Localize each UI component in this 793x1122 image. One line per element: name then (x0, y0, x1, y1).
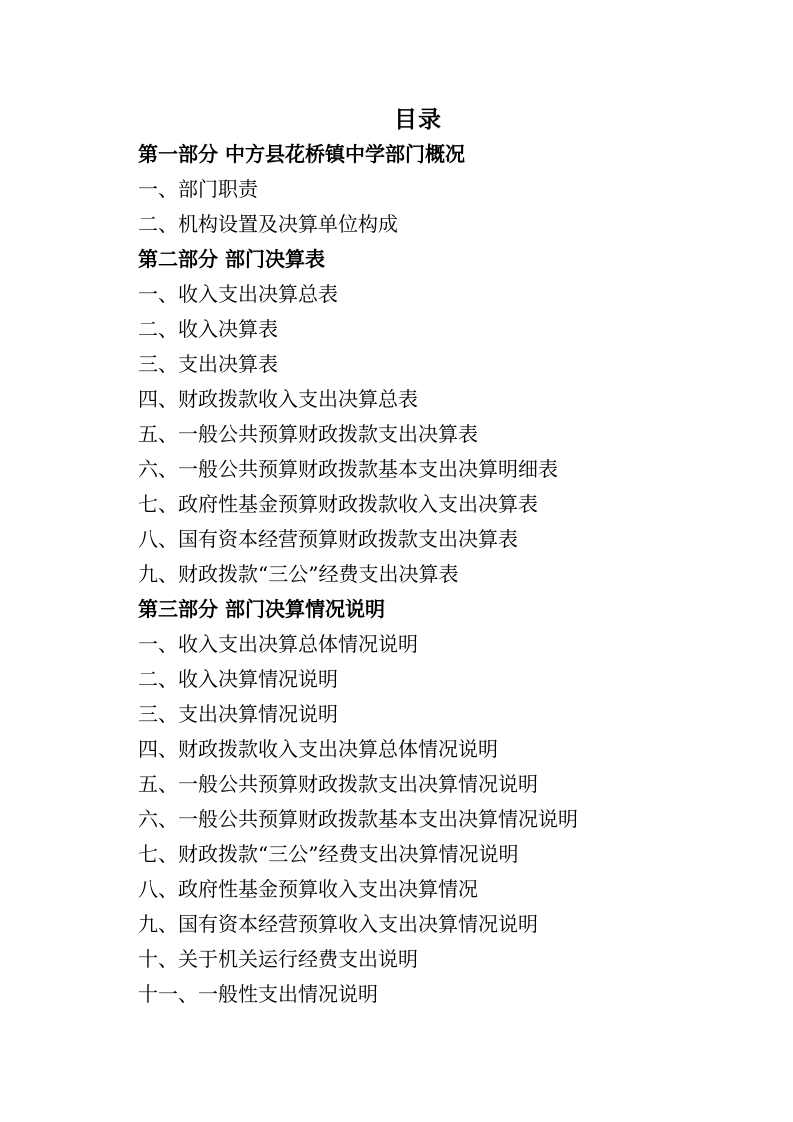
toc-item: 六、一般公共预算财政拨款基本支出决算情况说明 (138, 800, 698, 835)
toc-section-heading: 第一部分 中方县花桥镇中学部门概况 (138, 135, 698, 170)
toc-item: 二、收入决算情况说明 (138, 660, 698, 695)
toc-content: 目录 第一部分 中方县花桥镇中学部门概况 一、部门职责 二、机构设置及决算单位构… (138, 100, 698, 1010)
toc-section-1: 第一部分 中方县花桥镇中学部门概况 一、部门职责 二、机构设置及决算单位构成 (138, 135, 698, 240)
toc-item: 二、机构设置及决算单位构成 (138, 205, 698, 240)
toc-item: 八、政府性基金预算收入支出决算情况 (138, 870, 698, 905)
toc-item: 五、一般公共预算财政拨款支出决算情况说明 (138, 765, 698, 800)
toc-section-3: 第三部分 部门决算情况说明 一、收入支出决算总体情况说明 二、收入决算情况说明 … (138, 590, 698, 1010)
toc-section-2: 第二部分 部门决算表 一、收入支出决算总表 二、收入决算表 三、支出决算表 四、… (138, 240, 698, 590)
toc-item: 三、支出决算表 (138, 345, 698, 380)
toc-item: 二、收入决算表 (138, 310, 698, 345)
toc-item: 六、一般公共预算财政拨款基本支出决算明细表 (138, 450, 698, 485)
toc-section-heading: 第三部分 部门决算情况说明 (138, 590, 698, 625)
toc-item: 一、收入支出决算总表 (138, 275, 698, 310)
page-title: 目录 (138, 100, 698, 135)
toc-item: 九、财政拨款“三公”经费支出决算表 (138, 555, 698, 590)
toc-section-heading: 第二部分 部门决算表 (138, 240, 698, 275)
document-page: 目录 第一部分 中方县花桥镇中学部门概况 一、部门职责 二、机构设置及决算单位构… (0, 0, 793, 1122)
toc-item: 十一、一般性支出情况说明 (138, 975, 698, 1010)
toc-item: 四、财政拨款收入支出决算总表 (138, 380, 698, 415)
toc-item: 一、部门职责 (138, 170, 698, 205)
toc-item: 九、国有资本经营预算收入支出决算情况说明 (138, 905, 698, 940)
toc-item: 七、财政拨款“三公”经费支出决算情况说明 (138, 835, 698, 870)
toc-item: 五、一般公共预算财政拨款支出决算表 (138, 415, 698, 450)
toc-item: 十、关于机关运行经费支出说明 (138, 940, 698, 975)
toc-item: 七、政府性基金预算财政拨款收入支出决算表 (138, 485, 698, 520)
toc-item: 三、支出决算情况说明 (138, 695, 698, 730)
toc-item: 八、国有资本经营预算财政拨款支出决算表 (138, 520, 698, 555)
toc-item: 四、财政拨款收入支出决算总体情况说明 (138, 730, 698, 765)
toc-item: 一、收入支出决算总体情况说明 (138, 625, 698, 660)
